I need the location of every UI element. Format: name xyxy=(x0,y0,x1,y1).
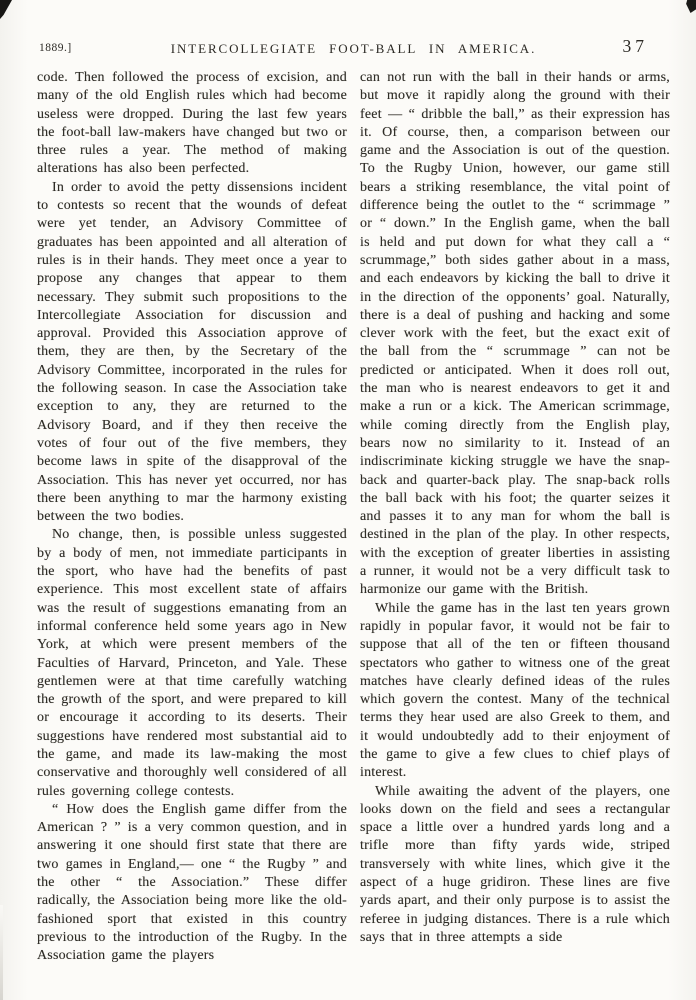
page-number: 37 xyxy=(623,36,649,57)
page-title: INTERCOLLEGIATE FOOT-BALL IN AMERICA. xyxy=(37,38,670,57)
header-date-label: 1889.] xyxy=(39,42,72,54)
page-content: 1889.] INTERCOLLEGIATE FOOT-BALL IN AMER… xyxy=(0,38,696,966)
paragraph: “ How does the English game differ from … xyxy=(37,801,347,966)
scanned-page: 1889.] INTERCOLLEGIATE FOOT-BALL IN AMER… xyxy=(0,0,696,1000)
right-column: can not run with the ball in their hands… xyxy=(360,69,670,966)
paragraph: In order to avoid the petty dissensions … xyxy=(37,179,347,527)
page-header: 1889.] INTERCOLLEGIATE FOOT-BALL IN AMER… xyxy=(37,38,670,58)
scan-artifact-top-right xyxy=(685,0,696,13)
scan-artifact-top-left xyxy=(0,0,12,19)
paragraph: While the game has in the last ten years… xyxy=(360,600,670,783)
paragraph: can not run with the ball in their hands… xyxy=(360,69,670,600)
paragraph: No change, then, is possible unless sugg… xyxy=(37,526,347,800)
text-columns: code. Then followed the process of excis… xyxy=(37,69,670,966)
paragraph: code. Then followed the process of excis… xyxy=(37,69,347,179)
paragraph: While awaiting the advent of the players… xyxy=(360,783,670,948)
left-column: code. Then followed the process of excis… xyxy=(37,69,347,966)
